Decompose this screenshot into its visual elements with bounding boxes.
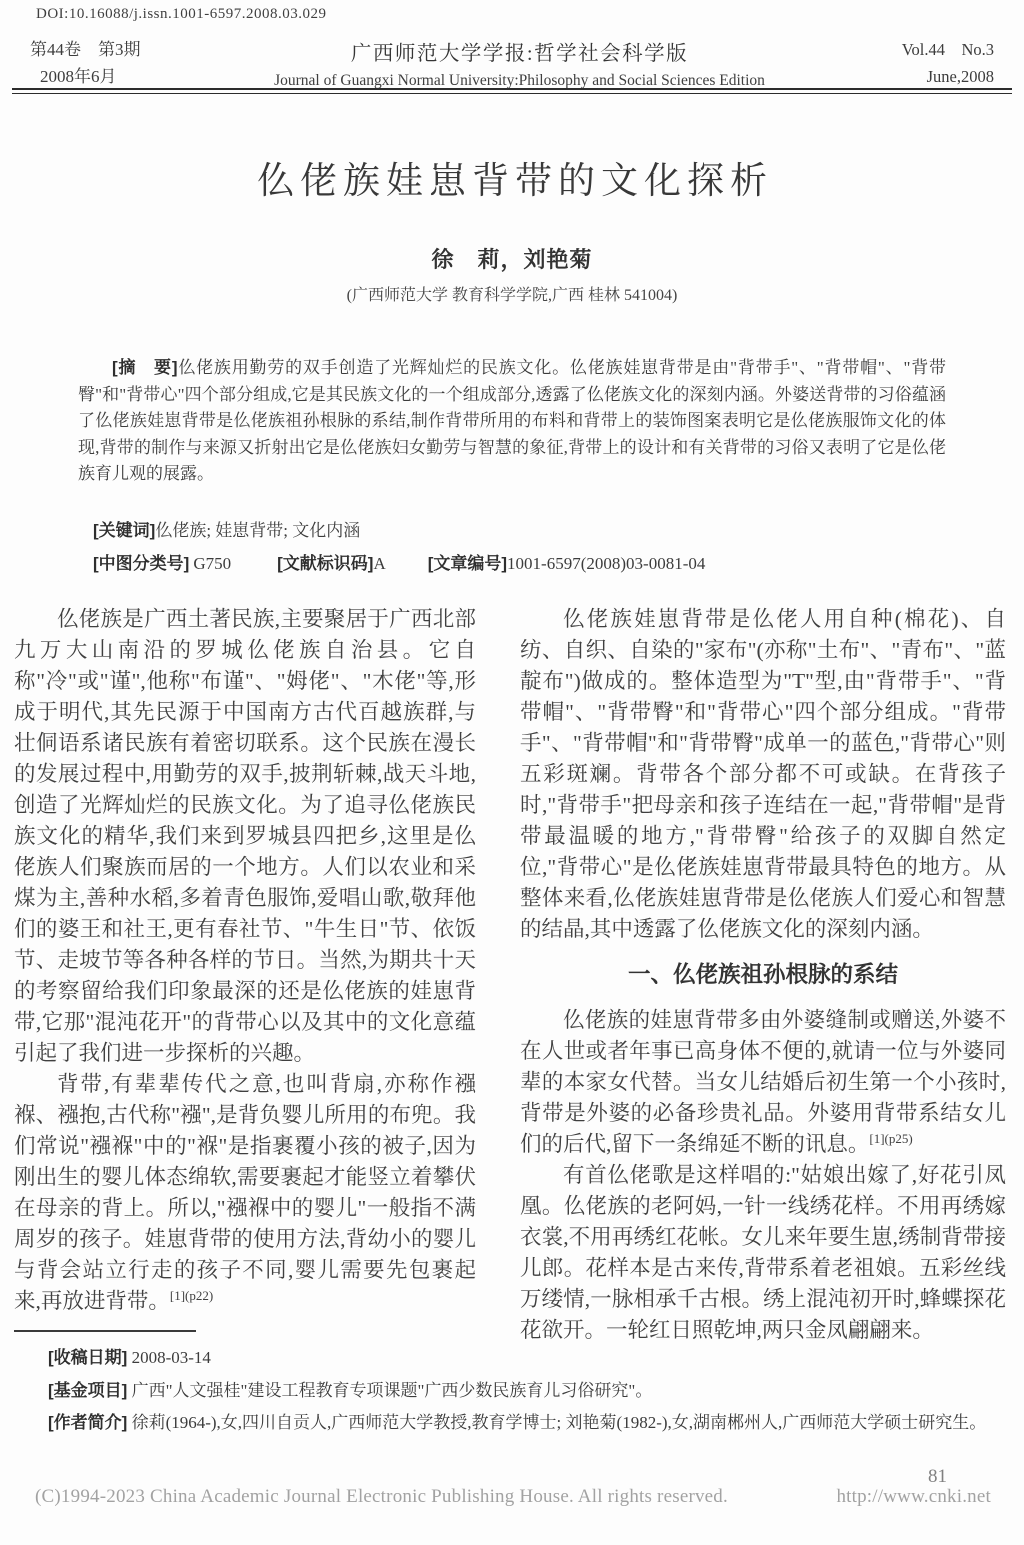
right-paragraph-3: 有首仫佬歌是这样唱的:"姑娘出嫁了,好花引凤凰。仫佬族的老阿妈,一针一线绣花样。…	[520, 1160, 1006, 1346]
abstract-label: [摘 要]	[112, 358, 178, 377]
fund-project-value: 广西"人文强桂"建设工程教育专项课题"广西少数民族育儿习俗研究"。	[127, 1381, 652, 1400]
volume-issue-cn: 第44卷 第3期	[30, 36, 205, 63]
section-heading-1: 一、仫佬族祖孙根脉的系结	[520, 959, 1006, 990]
keywords-text: 仫佬族; 娃崽背带; 文化内涵	[155, 521, 360, 540]
left-paragraph-1: 仫佬族是广西土著民族,主要聚居于广西北部九万大山南沿的罗城仫佬族自治县。它自称"…	[14, 604, 476, 1069]
reference-superscript: [1](p25)	[869, 1131, 912, 1146]
clc-label: [中图分类号]	[93, 549, 189, 574]
right-column: 仫佬族娃崽背带是仫佬人用自种(棉花)、自纺、自织、自染的"家布"(亦称"土布"、…	[520, 604, 1006, 1346]
received-date-value: 2008-03-14	[127, 1348, 211, 1367]
page-number: 81	[928, 1466, 947, 1488]
masthead-left: 第44卷 第3期 2008年6月	[30, 36, 205, 90]
left-column: 仫佬族是广西土著民族,主要聚居于广西北部九万大山南沿的罗城仫佬族自治县。它自称"…	[14, 604, 476, 1317]
footnote-received: [收稿日期] 2008-03-14	[14, 1342, 998, 1375]
article-id-value: 1001-6597(2008)03-0081-04	[507, 554, 705, 574]
reference-superscript: [1](p22)	[170, 1288, 213, 1303]
journal-title-cn: 广西师范大学学报:哲学社会科学版	[205, 36, 834, 66]
doc-code-label: [文献标识码]	[277, 549, 373, 574]
classification-row: [中图分类号]G750 [文献标识码]A [文章编号]1001-6597(200…	[93, 549, 993, 574]
cnki-url: http://www.cnki.net	[836, 1486, 991, 1508]
author-bio-label: [作者简介]	[48, 1413, 127, 1432]
date-cn: 2008年6月	[30, 63, 205, 90]
footnote-bio: [作者简介] 徐莉(1964-),女,四川自贡人,广西师范大学教授,教育学博士;…	[14, 1407, 998, 1440]
article-id-label: [文章编号]	[428, 549, 507, 574]
keywords-label: [关键词]	[93, 521, 155, 540]
footnote-divider	[14, 1330, 196, 1332]
copyright-text: (C)1994-2023 China Academic Journal Elec…	[35, 1486, 728, 1508]
received-date-label: [收稿日期]	[48, 1348, 127, 1367]
left-paragraph-2: 背带,有辈辈传代之意,也叫背扇,亦称作襁褓、襁抱,古代称"襁",是背负婴儿所用的…	[14, 1069, 476, 1317]
keywords-row: [关键词]仫佬族; 娃崽背带; 文化内涵	[93, 516, 953, 541]
doc-code-value: A	[373, 554, 385, 574]
right-paragraph-1: 仫佬族娃崽背带是仫佬人用自种(棉花)、自纺、自织、自染的"家布"(亦称"土布"、…	[520, 604, 1006, 945]
footnote-fund: [基金项目] 广西"人文强桂"建设工程教育专项课题"广西少数民族育儿习俗研究"。	[14, 1375, 998, 1408]
doi-text: DOI:10.16088/j.issn.1001-6597.2008.03.02…	[36, 6, 327, 23]
authors: 徐 莉，刘艳菊	[0, 243, 1024, 274]
affiliation: (广西师范大学 教育科学学院,广西 桂林 541004)	[0, 282, 1024, 305]
footnotes: [收稿日期] 2008-03-14 [基金项目] 广西"人文强桂"建设工程教育专…	[14, 1330, 998, 1440]
copyright-row: (C)1994-2023 China Academic Journal Elec…	[35, 1486, 991, 1508]
author-bio-value: 徐莉(1964-),女,四川自贡人,广西师范大学教授,教育学博士; 刘艳菊(19…	[127, 1413, 986, 1432]
masthead-right: Vol.44 No.3 June,2008	[834, 36, 994, 90]
header-double-rule	[12, 88, 1012, 94]
journal-page: DOI:10.16088/j.issn.1001-6597.2008.03.02…	[0, 0, 1024, 1545]
article-title: 仫佬族娃崽背带的文化探析	[0, 150, 1024, 204]
masthead-center: 广西师范大学学报:哲学社会科学版 Journal of Guangxi Norm…	[205, 36, 834, 90]
clc-value: G750	[193, 554, 231, 574]
fund-project-label: [基金项目]	[48, 1381, 127, 1400]
date-en: June,2008	[834, 63, 994, 90]
abstract: [摘 要]仫佬族用勤劳的双手创造了光辉灿烂的民族文化。仫佬族娃崽背带是由"背带手…	[78, 355, 946, 488]
volume-issue-en: Vol.44 No.3	[834, 36, 994, 63]
masthead: 第44卷 第3期 2008年6月 广西师范大学学报:哲学社会科学版 Journa…	[30, 36, 994, 90]
abstract-text: 仫佬族用勤劳的双手创造了光辉灿烂的民族文化。仫佬族娃崽背带是由"背带手"、"背带…	[78, 358, 946, 483]
right-paragraph-2: 仫佬族的娃崽背带多由外婆缝制或赠送,外婆不在人世或者年事已高身体不便的,就请一位…	[520, 1005, 1006, 1160]
